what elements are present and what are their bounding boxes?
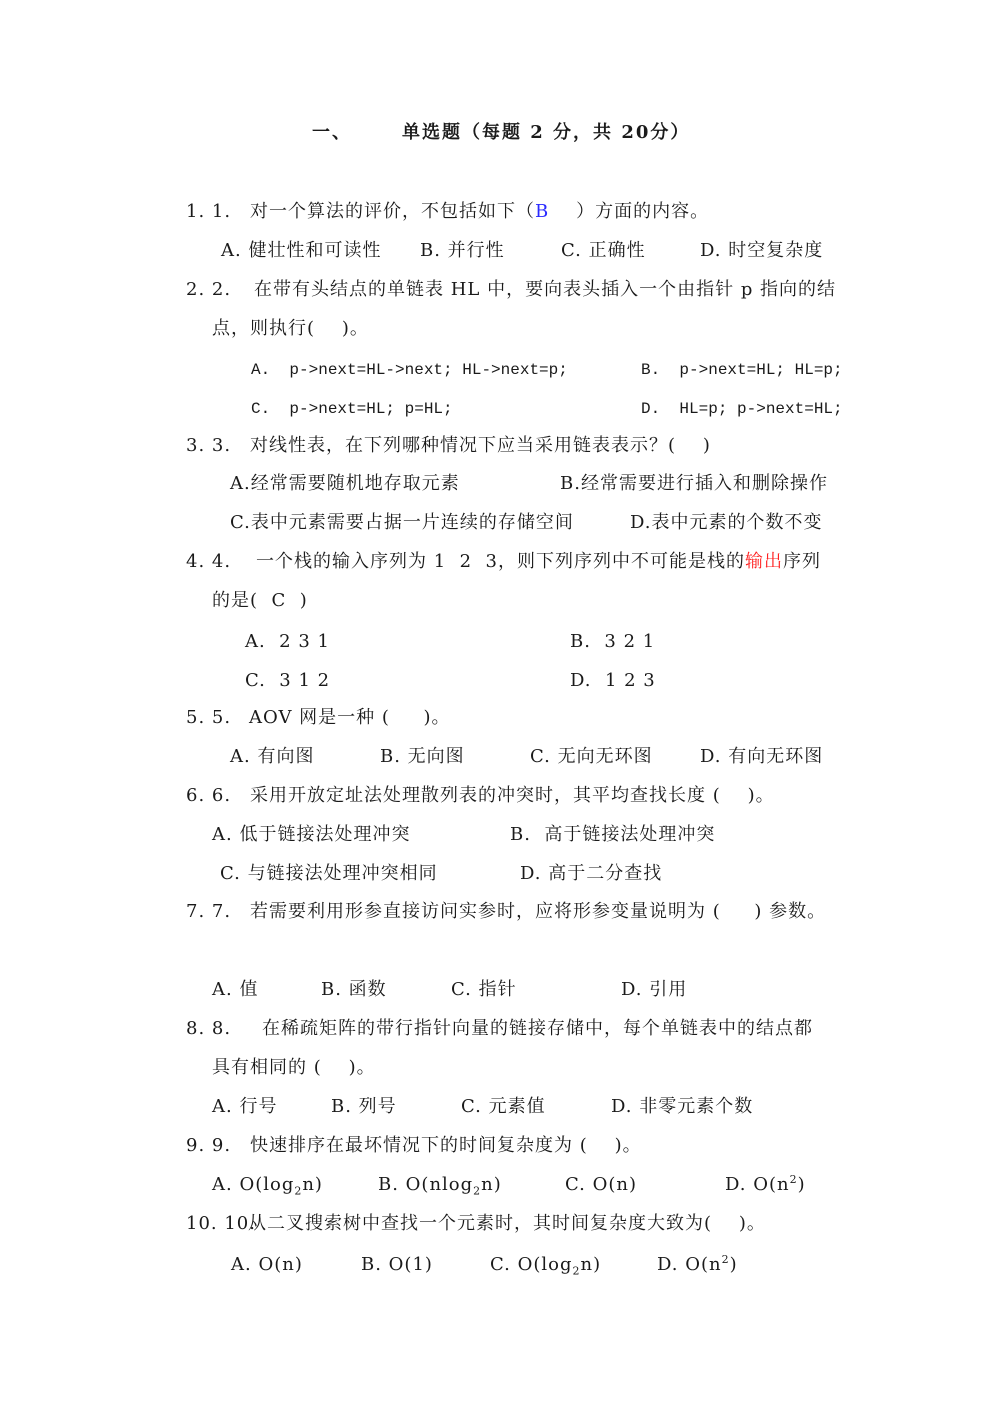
option-d: D. 1 2 3	[570, 669, 656, 693]
option-a: A. 值	[212, 978, 258, 1002]
option-b: B. 3 2 1	[570, 630, 655, 654]
option-c: C. O(n)	[565, 1173, 637, 1197]
option-text: n)	[302, 1174, 323, 1195]
option-a: A. O(log2n)	[212, 1173, 323, 1197]
option-c: C. 无向无环图	[530, 745, 653, 769]
question-text-before: 一个栈的输入序列为 1 2 3，则下列序列中不可能是栈的	[256, 551, 745, 572]
question-label: 1. 1.	[186, 200, 231, 224]
answer-mark: C	[271, 590, 286, 611]
option-a: A. 行号	[212, 1095, 277, 1119]
option-d: D.表中元素的个数不变	[630, 511, 823, 535]
option-a: A.经常需要随机地存取元素	[230, 472, 460, 496]
option-text: n)	[580, 1254, 601, 1275]
option-text: )	[798, 1174, 806, 1195]
superscript: 2	[790, 1173, 798, 1186]
option-c: C. 与链接法处理冲突相同	[220, 862, 438, 886]
option-c: C. 指针	[451, 978, 517, 1002]
question-text: 采用开放定址法处理散列表的冲突时，其平均查找长度 ( )。	[250, 784, 775, 808]
option-a: A. 2 3 1	[245, 630, 330, 654]
option-b: B. 并行性	[420, 239, 505, 263]
question-text: AOV 网是一种 ( )。	[249, 706, 451, 730]
question-label: 9. 9.	[186, 1134, 231, 1158]
option-d: D. 引用	[621, 978, 687, 1002]
question-text-line1: 一个栈的输入序列为 1 2 3，则下列序列中不可能是栈的输出序列	[256, 550, 821, 574]
option-text: )	[730, 1254, 738, 1275]
question-text-after: ）方面的内容。	[549, 201, 709, 222]
answer-mark: B	[535, 201, 549, 222]
question-text: 对线性表，在下列哪种情况下应当采用链表表示？( )	[250, 434, 711, 458]
option-b: B.经常需要进行插入和删除操作	[560, 472, 828, 496]
question-text: 对一个算法的评价，不包括如下（B ）方面的内容。	[250, 200, 709, 224]
question-text-line2: 具有相同的 ( )。	[212, 1056, 376, 1080]
option-a: A. 低于链接法处理冲突	[212, 823, 410, 847]
question-label: 7. 7.	[186, 900, 231, 924]
option-d: D. HL=p; p->next=HL;	[641, 397, 843, 421]
option-text: B. O(nlog	[378, 1174, 473, 1195]
option-c: C.表中元素需要占据一片连续的存储空间	[230, 511, 574, 535]
option-a: A. 有向图	[230, 745, 314, 769]
question-text-line2: 的是( C )	[212, 589, 308, 613]
option-b: B. 无向图	[380, 745, 465, 769]
option-b: B. O(nlog2n)	[378, 1173, 502, 1197]
question-label: 8. 8.	[186, 1017, 231, 1041]
section-title: 单选题（每题 2 分，共 20分）	[402, 121, 690, 145]
option-c: C. 正确性	[561, 239, 646, 263]
option-text: A. O(n)	[231, 1254, 303, 1275]
option-a: A. O(n)	[231, 1253, 303, 1277]
question-label: 10. 10.	[186, 1212, 256, 1236]
option-text: n)	[481, 1174, 502, 1195]
question-text-before: 对一个算法的评价，不包括如下（	[250, 201, 535, 222]
question-label: 6. 6.	[186, 784, 231, 808]
option-c: C. 元素值	[461, 1095, 546, 1119]
option-text: C. O(log	[490, 1254, 572, 1275]
question-text-line1: 在带有头结点的单链表 HL 中，要向表头插入一个由指针 p 指向的结	[254, 278, 836, 302]
option-b: B. 高于链接法处理冲突	[510, 823, 715, 847]
option-b: B. 函数	[321, 978, 387, 1002]
question-text: 快速排序在最坏情况下的时间复杂度为 ( )。	[250, 1134, 642, 1158]
option-text: D. O(n	[725, 1174, 790, 1195]
option-b: B. p->next=HL; HL=p;	[641, 358, 843, 382]
option-a: A. 健壮性和可读性	[221, 239, 381, 263]
option-text: B. O(1)	[361, 1254, 433, 1275]
question-text: 若需要利用形参直接访问实参时，应将形参变量说明为 ( ) 参数。	[250, 900, 826, 924]
option-d: D. 时空复杂度	[700, 239, 823, 263]
question-label: 3. 3.	[186, 434, 231, 458]
option-c: C. p->next=HL; p=HL;	[251, 397, 453, 421]
question-label: 5. 5.	[186, 706, 231, 730]
section-number: 一、	[312, 121, 352, 145]
question-text-line1: 在稀疏矩阵的带行指针向量的链接存储中，每个单链表中的结点都	[262, 1017, 813, 1041]
question-label: 4. 4.	[186, 550, 231, 574]
highlight-text: 输出	[745, 551, 783, 572]
superscript: 2	[722, 1253, 730, 1266]
option-d: D. O(n2)	[725, 1173, 806, 1197]
question-text-line2: 点，则执行( )。	[212, 317, 369, 341]
question-label: 2. 2.	[186, 278, 231, 302]
subscript: 2	[473, 1185, 481, 1198]
option-text: D. O(n	[657, 1254, 722, 1275]
option-text: C. O(n)	[565, 1174, 637, 1195]
question-text: 从二叉搜索树中查找一个元素时，其时间复杂度大致为( )。	[248, 1212, 766, 1236]
option-c: C. 3 1 2	[245, 669, 330, 693]
question-text-before: 的是(	[212, 590, 271, 611]
option-c: C. O(log2n)	[490, 1253, 601, 1277]
option-d: D. 非零元素个数	[611, 1095, 753, 1119]
option-b: B. 列号	[331, 1095, 397, 1119]
option-d: D. 高于二分查找	[520, 862, 662, 886]
option-d: D. 有向无环图	[700, 745, 823, 769]
option-a: A. p->next=HL->next; HL->next=p;	[251, 358, 568, 382]
question-text-after: )	[286, 590, 307, 611]
option-b: B. O(1)	[361, 1253, 433, 1277]
option-d: D. O(n2)	[657, 1253, 738, 1277]
question-text-after: 序列	[783, 551, 821, 572]
option-text: A. O(log	[212, 1174, 294, 1195]
